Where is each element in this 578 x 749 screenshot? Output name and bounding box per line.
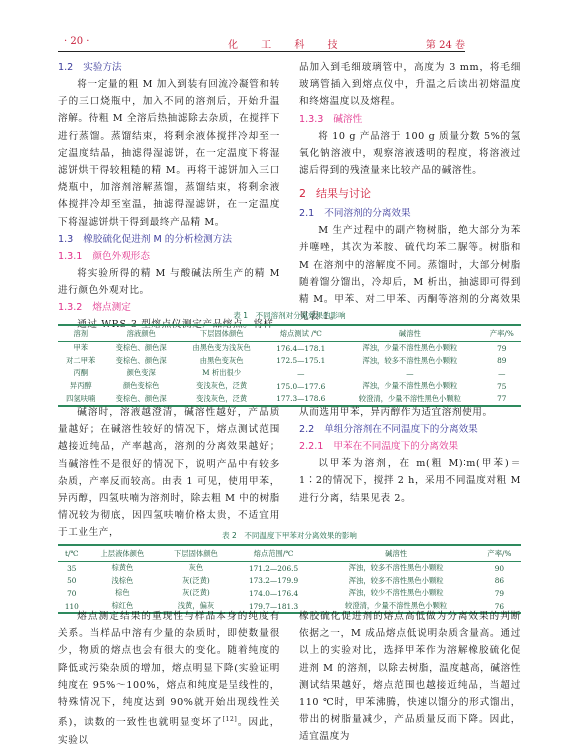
- right-column-mid: 从而选用甲苯，异丙醇作为适宜溶剂使用。 2.2单组分溶剂在不同温度下的分离效果 …: [299, 404, 521, 507]
- citation-ref[interactable]: [12]: [223, 716, 238, 723]
- table2: t/℃ 上层液体颜色 下层固体颜色 熔点范围/℃ 碱溶性 产率/% 35棕黄色灰…: [58, 544, 521, 614]
- heading-1-3-3: 1.3.3碱溶性: [299, 111, 521, 128]
- heading-2-2: 2.2单组分溶剂在不同温度下的分离效果: [299, 421, 521, 438]
- heading-2: 2结果与讨论: [299, 185, 521, 203]
- header-rule: [58, 51, 465, 52]
- col-header: 下层固体颜色: [159, 545, 233, 562]
- paragraph-alkali-solubility: 将 10 g 产品溶于 100 g 质量分数 5%的氢氧化钠溶液中，观察溶液透明…: [299, 128, 521, 180]
- col-header: 碱溶性: [337, 325, 482, 342]
- col-header: 熔点范围/℃: [233, 545, 315, 562]
- table-row: 甲苯变棕色、颜色深由黑色变为浅灰色176.4—178.1浑浊，少量不溶性黑色小颗…: [58, 342, 521, 355]
- paragraph-melting-point-cont: 品加入到毛细玻璃管中，高度为 3 mm，将毛细玻璃管插入到熔点仪中，升温之后读出…: [299, 59, 521, 111]
- table-row: 异丙醇颜色变棕色变浅灰色，泛黄175.0—177.6浑浊，少量不溶性黑色小颗粒7…: [58, 380, 521, 393]
- col-header: 碱溶性: [314, 545, 477, 562]
- heading-1-2: 1.2实验方法: [58, 59, 280, 76]
- paragraph-melting-point-purity: 熔点测定结果的重现性与样品本身的纯度有关系。当样品中溶有少量的杂质时，即使数量很…: [58, 608, 280, 749]
- table-header-row: t/℃ 上层液体颜色 下层固体颜色 熔点范围/℃ 碱溶性 产率/%: [58, 545, 521, 562]
- col-header: 产率/%: [478, 545, 521, 562]
- heading-1-3-1: 1.3.1颜色外观形态: [58, 248, 280, 265]
- left-column-top: 1.2实验方法 将一定量的粗 M 加入到装有回流冷凝管和转子的三口烧瓶中，加入不…: [58, 59, 280, 333]
- left-column-bottom: 熔点测定结果的重现性与样品本身的纯度有关系。当样品中溶有少量的杂质时，即使数量很…: [58, 608, 280, 749]
- table-row: 丙酮颜色变深M 析出很少———: [58, 367, 521, 380]
- col-header: t/℃: [58, 545, 86, 562]
- table-row: 70棕色灰(泛黄)174.0—176.4浑浊，较少不溶性黑色小颗粒79: [58, 587, 521, 600]
- paragraph-solvent-choice: 从而选用甲苯，异丙醇作为适宜溶剂使用。: [299, 404, 521, 421]
- table-header-row: 溶剂 溶液颜色 下层固体颜色 熔点测试 /℃ 碱溶性 产率/%: [58, 325, 521, 342]
- right-column-top: 品加入到毛细玻璃管中，高度为 3 mm，将毛细玻璃管插入到熔点仪中，升温之后读出…: [299, 59, 521, 325]
- heading-2-2-1: 2.2.1甲苯在不同温度下的分离效果: [299, 438, 521, 455]
- col-header: 产率/%: [483, 325, 521, 342]
- journal-title: 化 工 科 技: [228, 36, 348, 51]
- table-row: 50浅棕色灰(泛黄)173.2—179.9浑浊，较多不溶性黑色小颗粒86: [58, 575, 521, 588]
- col-header: 下层固体颜色: [179, 325, 264, 342]
- right-column-bottom: 橡胶硫化促进剂的熔点高低做为分离效果的判断依据之一，M 成品熔点低说明杂质含量高…: [299, 608, 521, 746]
- heading-2-1: 2.1不同溶剂的分离效果: [299, 205, 521, 222]
- running-header: · 20 · 化 工 科 技 第 24 卷: [58, 36, 465, 50]
- paragraph-experiment-method: 将一定量的粗 M 加入到装有回流冷凝管和转子的三口烧瓶中，加入不同的溶剂后，开始…: [58, 76, 280, 231]
- left-column-mid: 碱溶时，溶液越澄清，碱溶性越好，产品质量越好；在碱溶性较好的情况下，熔点测试范围…: [58, 404, 280, 542]
- col-header: 溶剂: [58, 325, 103, 342]
- table1-caption: 表 1 不同溶剂对分离效果的影响: [58, 310, 521, 321]
- volume-label: 第 24 卷: [426, 36, 465, 51]
- table-row: 35棕黄色灰色171.2—206.5浑浊，较多不溶性黑色小颗粒90: [58, 562, 521, 575]
- col-header: 熔点测试 /℃: [264, 325, 337, 342]
- paragraph-alkali-discussion: 碱溶时，溶液越澄清，碱溶性越好，产品质量越好；在碱溶性较好的情况下，熔点测试范围…: [58, 404, 280, 542]
- page-number: · 20 ·: [64, 36, 89, 47]
- paragraph-conclusion-temperature: 橡胶硫化促进剂的熔点高低做为分离效果的判断依据之一，M 成品熔点低说明杂质含量高…: [299, 608, 521, 746]
- table2-caption: 表 2 不同温度下甲苯对分离效果的影响: [58, 530, 521, 541]
- table-row: 对二甲苯变棕色、颜色深由黑色变灰色172.5—175.1浑浊，较多不溶性黑色小颗…: [58, 355, 521, 368]
- table1: 溶剂 溶液颜色 下层固体颜色 熔点测试 /℃ 碱溶性 产率/% 甲苯变棕色、颜色…: [58, 324, 521, 407]
- paragraph-color-appearance: 将实验所得的精 M 与酸碱法所生产的精 M 进行颜色外观对比。: [58, 265, 280, 299]
- paragraph-toluene-temperature: 以甲苯为溶剂，在 m(粗 M)∶m(甲苯)＝1∶2的情况下，搅拌 2 h，采用不…: [299, 455, 521, 507]
- col-header: 上层液体颜色: [86, 545, 160, 562]
- col-header: 溶液颜色: [103, 325, 178, 342]
- heading-1-3: 1.3橡胶硫化促进剂 M 的分析检测方法: [58, 231, 280, 248]
